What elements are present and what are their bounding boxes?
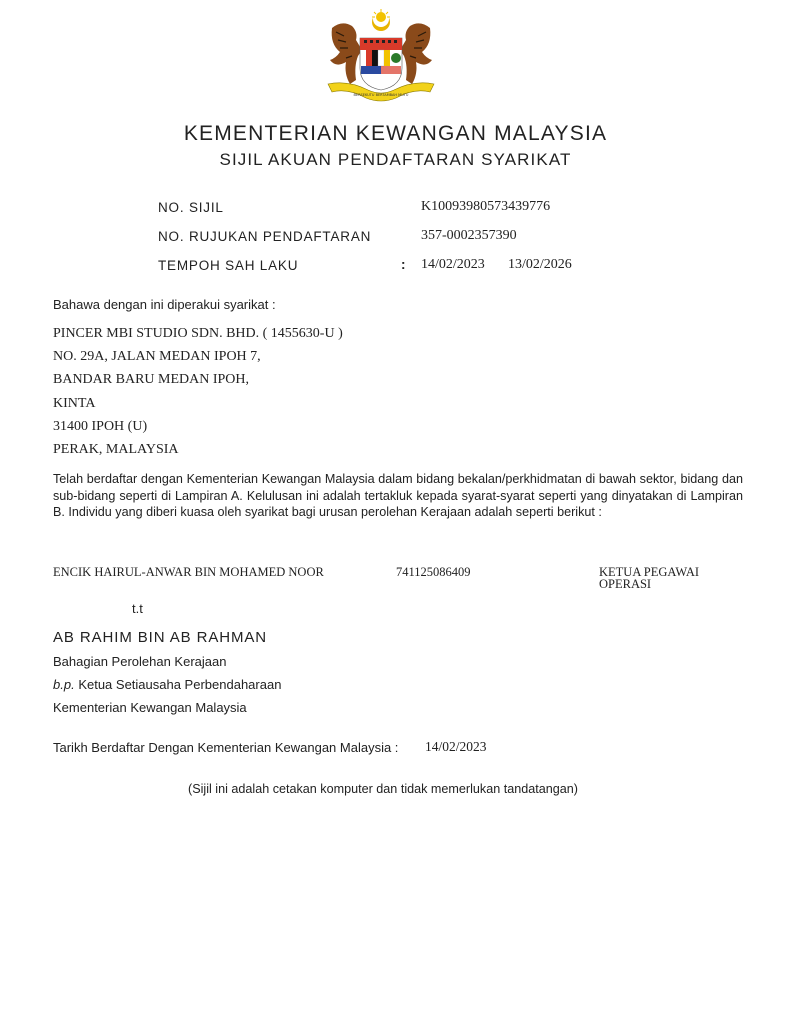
signatory-ministry: Kementerian Kewangan Malaysia — [53, 700, 247, 715]
signatory-bp: b.p. Ketua Setiausaha Perbendaharaan — [53, 677, 281, 692]
registration-statement: Telah berdaftar dengan Kementerian Kewan… — [53, 471, 743, 521]
authorized-name: ENCIK HAIRUL-ANWAR BIN MOHAMED NOOR — [53, 565, 324, 580]
tt-mark: t.t — [132, 601, 143, 616]
company-address-line: 31400 IPOH (U) — [53, 419, 147, 435]
document-title: SIJIL AKUAN PENDAFTARAN SYARIKAT — [0, 150, 791, 170]
no-sijil-value: K10093980573439776 — [421, 199, 550, 215]
authorized-id: 741125086409 — [396, 565, 471, 580]
rujukan-value: 357-0002357390 — [421, 228, 517, 244]
company-intro: Bahawa dengan ini diperakui syarikat : — [53, 297, 276, 312]
rujukan-label: NO. RUJUKAN PENDAFTARAN — [158, 229, 371, 244]
registration-date-value: 14/02/2023 — [425, 739, 487, 755]
ministry-title: KEMENTERIAN KEWANGAN MALAYSIA — [0, 122, 791, 146]
no-sijil-label: NO. SIJIL — [158, 200, 224, 215]
coat-of-arms-icon: BERSEKUTU BERTAMBAH MUTU — [318, 8, 444, 106]
bp-prefix: b.p. — [53, 677, 75, 692]
authorized-position-line2: OPERASI — [599, 577, 651, 592]
tempoh-label: TEMPOH SAH LAKU — [158, 258, 298, 273]
tempoh-end: 13/02/2026 — [508, 257, 572, 273]
signatory-name: AB RAHIM BIN AB RAHMAN — [53, 629, 267, 646]
footer-note: (Sijil ini adalah cetakan komputer dan t… — [188, 782, 578, 796]
svg-text:BERSEKUTU BERTAMBAH MUTU: BERSEKUTU BERTAMBAH MUTU — [354, 93, 409, 97]
signatory-division: Bahagian Perolehan Kerajaan — [53, 654, 226, 669]
tempoh-colon: : — [401, 257, 406, 272]
registration-date-label: Tarikh Berdaftar Dengan Kementerian Kewa… — [53, 740, 398, 755]
bp-title: Ketua Setiausaha Perbendaharaan — [78, 677, 281, 692]
tempoh-start: 14/02/2023 — [421, 257, 485, 273]
company-address-line: PERAK, MALAYSIA — [53, 442, 179, 458]
company-name: PINCER MBI STUDIO SDN. BHD. ( 1455630-U … — [53, 326, 343, 342]
company-address-line: NO. 29A, JALAN MEDAN IPOH 7, — [53, 349, 261, 365]
company-address-line: BANDAR BARU MEDAN IPOH, — [53, 372, 249, 388]
company-address-line: KINTA — [53, 396, 95, 412]
